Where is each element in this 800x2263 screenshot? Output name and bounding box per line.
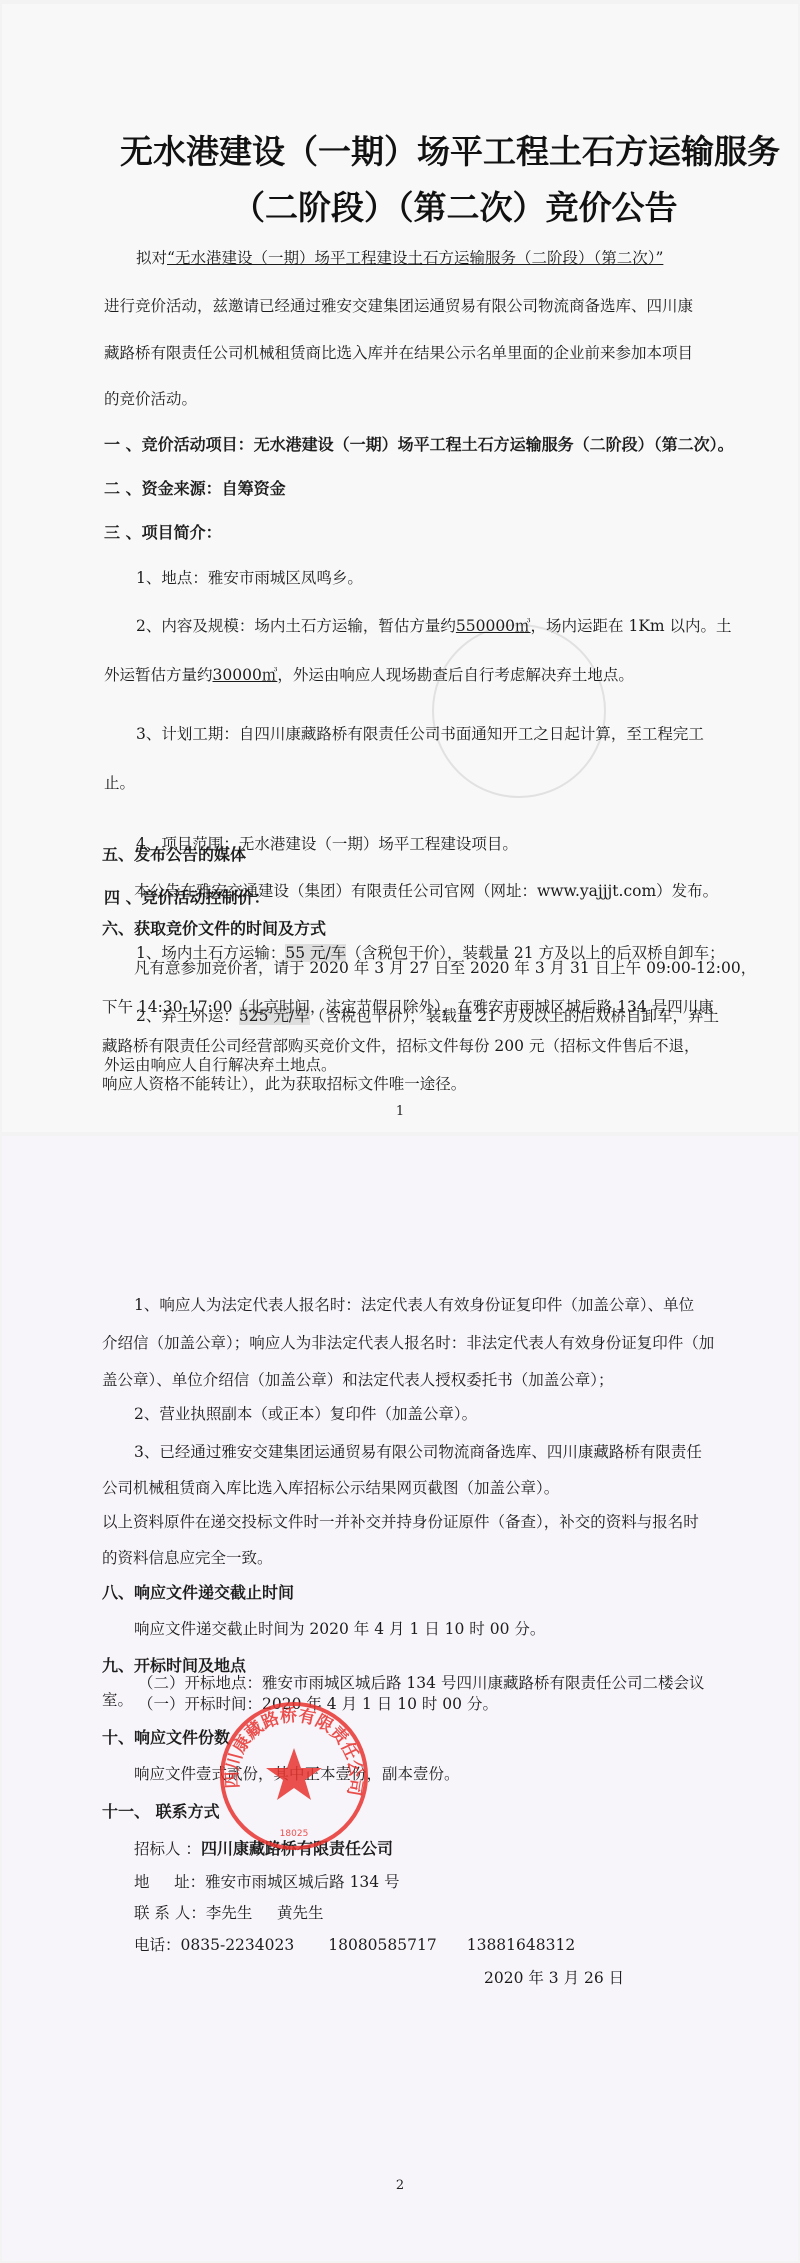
company-seal: 四川康藏路桥有限责任公司 18025 bbox=[218, 1700, 370, 1852]
section-10-heading: 十、响应文件份数 bbox=[102, 1725, 230, 1748]
contact-line: 联 系 人：李先生 黄先生 bbox=[134, 1901, 324, 1923]
seal-icon: 四川康藏路桥有限责任公司 18025 bbox=[218, 1700, 370, 1852]
page-number-2: 2 bbox=[0, 2178, 800, 2193]
address-value: 雅安市雨城区城后路 134 号 bbox=[205, 1873, 399, 1891]
bid-opening-venue-line2: 室。 bbox=[102, 1688, 133, 1710]
phone-line: 电话：0835-22340231808058571713881648312 bbox=[134, 1933, 575, 1955]
section-11-heading: 十一、 联系方式 bbox=[102, 1799, 220, 1822]
svg-text:18025: 18025 bbox=[280, 1829, 309, 1839]
bid-opening-venue-line1: （二）开标地点：雅安市雨城区城后路 134 号四川康藏路桥有限责任公司二楼会议 bbox=[138, 1671, 704, 1693]
address-line: 地 址：雅安市雨城区城后路 134 号 bbox=[134, 1870, 400, 1892]
phone-2: 18080585717 bbox=[328, 1936, 436, 1954]
signature-date: 2020 年 3 月 26 日 bbox=[484, 1966, 624, 1988]
contact-names: 李先生 黄先生 bbox=[206, 1904, 324, 1922]
phone-3: 13881648312 bbox=[467, 1936, 575, 1954]
phone-1: 0835-2234023 bbox=[181, 1936, 295, 1954]
